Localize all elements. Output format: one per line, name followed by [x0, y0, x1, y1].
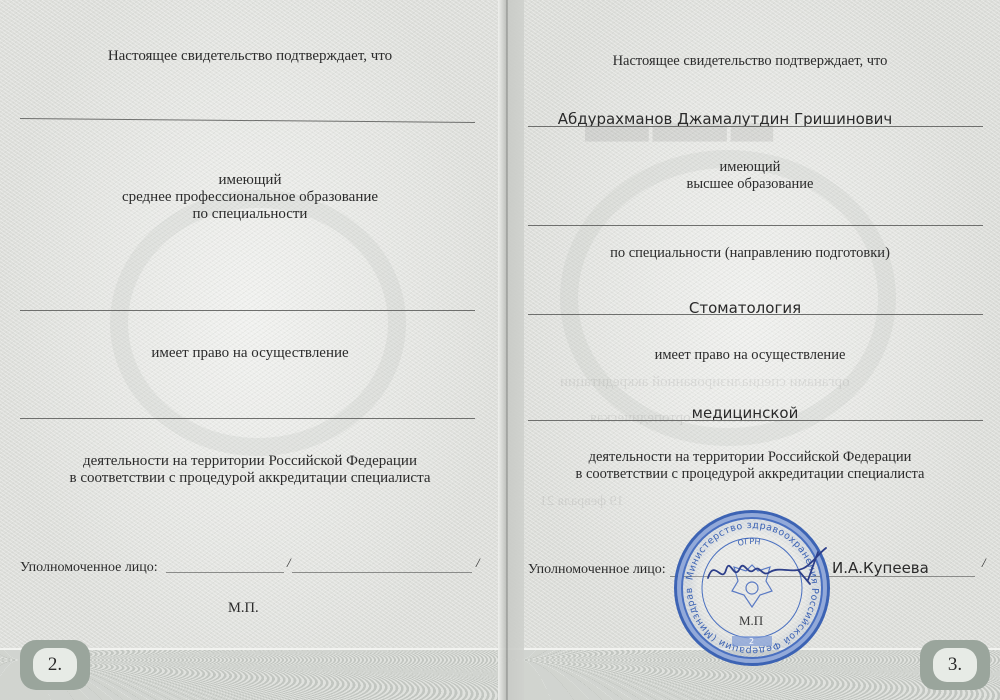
- page-number-badge: 3.: [920, 640, 990, 690]
- svg-text:М.П: М.П: [739, 613, 763, 628]
- signature-line: [166, 572, 284, 573]
- separator-slash-end: /: [982, 555, 986, 571]
- intro-text: Настоящее свидетельство подтверждает, чт…: [500, 53, 1000, 70]
- svg-text:2: 2: [749, 637, 754, 646]
- authorized-person-label: Уполномоченное лицо:: [528, 562, 666, 578]
- holder-name-line: [20, 118, 475, 123]
- education-text: высшее образование: [500, 176, 1000, 193]
- territory-text: деятельности на территории Российской Фе…: [500, 449, 1000, 466]
- territory-text: деятельности на территории Российской Фе…: [0, 453, 500, 470]
- page-number-badge: 2.: [20, 640, 90, 690]
- medical-emblem-watermark: [560, 150, 896, 446]
- has-right-text: имеет право на осуществление: [500, 347, 1000, 364]
- having-text: имеющий: [500, 159, 1000, 176]
- authorized-person-label: Уполномоченное лицо:: [20, 560, 158, 576]
- specialty-line: [528, 314, 983, 315]
- name-line: [292, 572, 472, 573]
- left-page: Настоящее свидетельство подтверждает, чт…: [0, 0, 500, 700]
- procedure-text: в соответствии с процедурой аккредитации…: [500, 466, 1000, 483]
- specialty-line: [20, 310, 475, 311]
- authorized-person-name: И.А.Купеева: [832, 559, 929, 577]
- by-specialty-text: по специальности (направлению подготовки…: [500, 245, 1000, 262]
- holder-name-line: [528, 126, 983, 127]
- page-number: 2.: [33, 648, 77, 682]
- separator-slash-end: /: [476, 555, 480, 571]
- activity-line: [20, 418, 475, 419]
- education-line: [528, 225, 983, 226]
- bleed-through-line1: органами специализированной аккредитации: [560, 374, 850, 391]
- has-right-text: имеет право на осуществление: [0, 345, 500, 362]
- medical-emblem-watermark: [110, 190, 406, 456]
- book-spine: [498, 0, 524, 700]
- page-number: 3.: [933, 648, 977, 682]
- bleed-through-date: 19 февраля 21: [540, 494, 624, 510]
- procedure-text: в соответствии с процедурой аккредитации…: [0, 470, 500, 487]
- separator-slash: /: [287, 555, 291, 571]
- intro-text: Настоящее свидетельство подтверждает, чт…: [0, 48, 500, 65]
- having-text: имеющий: [0, 172, 500, 189]
- by-specialty-text: по специальности: [0, 206, 500, 223]
- education-text: среднее профессиональное образование: [0, 189, 500, 206]
- seal-place-label: М.П.: [228, 600, 259, 617]
- activity-line: [528, 420, 983, 421]
- handwritten-signature: [700, 540, 840, 600]
